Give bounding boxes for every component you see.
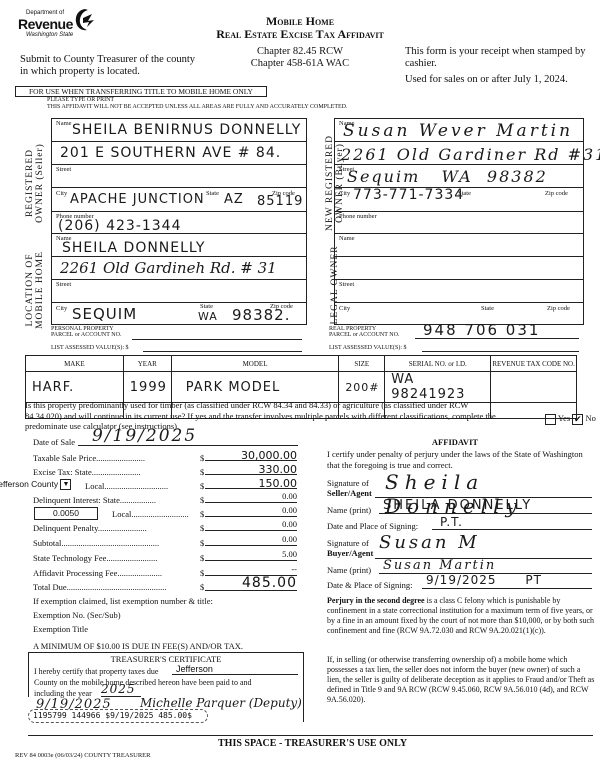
buyer-date-label: Date & Place of Signing:: [327, 580, 412, 590]
treasurer-heading: TREASURER'S CERTIFICATE: [28, 654, 304, 664]
excise-local-field[interactable]: 150.00: [205, 477, 297, 489]
total-due-label: Total Due...............................…: [33, 582, 167, 592]
dor-logo: Department of Revenue Washington State: [18, 8, 98, 40]
receipt-note: This form is your receipt when stamped b…: [405, 46, 595, 70]
chapter-wac: Chapter 458-61A WAC: [220, 58, 380, 70]
seller-address-field[interactable]: 201 E SOUTHERN AVE # 84.: [60, 145, 281, 161]
yes-label: Yes: [558, 413, 570, 423]
real-assessed-label: LIST ASSESSED VALUE(S): $: [329, 345, 407, 351]
treasurer-year-field[interactable]: 2025: [101, 682, 141, 697]
seller-date-field[interactable]: P.T.: [432, 515, 592, 530]
treasurer-county-field[interactable]: Jefferson: [172, 664, 298, 675]
real-parcel-field[interactable]: 948 706 031: [415, 321, 579, 339]
treasurer-signature: Michelle Parquer (Deputy): [140, 696, 302, 710]
treasurer-line2: County on the mobile home described here…: [34, 678, 252, 687]
seller-signature-label: Signature of Seller/Agent: [327, 478, 372, 498]
state-label: State: [200, 303, 213, 310]
col-serial: SERIAL NO. or I.D.: [385, 356, 491, 372]
street-label: Street: [56, 281, 71, 288]
wa-logo-icon: [74, 8, 96, 32]
perjury-notice: Perjury in the second degree is a class …: [327, 596, 595, 636]
chapter-rcw: Chapter 82.45 RCW: [220, 46, 380, 58]
tax-code-field[interactable]: [491, 372, 577, 403]
zip-label: Zip code: [270, 303, 293, 310]
col-make: MAKE: [26, 356, 124, 372]
city-label: City: [56, 305, 67, 312]
buyer-phone-field[interactable]: 773-771-7334: [353, 187, 464, 203]
buyer-city-field[interactable]: Sequim WA 98382: [347, 167, 548, 186]
name-label: Name: [339, 235, 355, 242]
col-model: MODEL: [171, 356, 339, 372]
seller-date-label: Date and Place of Signing:: [327, 521, 418, 531]
seller-name-print-field[interactable]: SHEILA DONNELLY: [379, 498, 592, 514]
no-checkbox[interactable]: ✔: [572, 414, 583, 425]
please-type-note: PLEASE TYPE OR PRINT: [47, 97, 114, 103]
delinquent-interest-local-label: Local...........................: [112, 509, 189, 519]
location-city-field[interactable]: SEQUIM: [72, 305, 137, 323]
zip-label: Zip code: [272, 190, 295, 197]
real-assessed-input[interactable]: [422, 351, 579, 352]
city-label: City: [56, 190, 67, 197]
submit-note: Submit to County Treasurer of the county…: [20, 54, 200, 78]
state-label: State: [481, 305, 494, 312]
serial-field[interactable]: WA 98241923: [385, 372, 491, 403]
dropdown-arrow-icon[interactable]: ▼: [60, 479, 71, 490]
buyer-box: Name Susan Wever Martin 2261 Old Gardine…: [334, 118, 584, 234]
seller-label-2: OWNER (Seller): [35, 133, 45, 233]
buyer-name-print-field[interactable]: Susan Martin: [379, 558, 592, 574]
no-label: No: [585, 413, 595, 423]
location-state-field[interactable]: WA: [198, 310, 218, 323]
location-label-2: MOBILE HOME: [35, 240, 45, 340]
state-label: State: [458, 190, 471, 197]
table-header-row: MAKE YEAR MODEL SIZE SERIAL NO. or I.D. …: [26, 356, 577, 372]
subtotal-field[interactable]: 0.00: [205, 534, 297, 546]
cert-right-border: [303, 652, 304, 722]
location-box: Name SHEILA DONNELLY 2261 Old Gardineh R…: [51, 233, 307, 325]
county-select-value: Jefferson County: [0, 479, 58, 489]
processing-fee-label: Affidavit Processing Fee................…: [33, 568, 162, 578]
col-tax-code: REVENUE TAX CODE NO.: [491, 356, 577, 372]
county-select[interactable]: Jefferson County ▼: [0, 479, 71, 490]
seller-state-field[interactable]: AZ: [224, 192, 244, 207]
not-accepted-note: THIS AFFIDAVIT WILL NOT BE ACCEPTED UNLE…: [47, 104, 348, 110]
city-label: City: [339, 305, 350, 312]
for-use-banner: FOR USE WHEN TRANSFERRING TITLE TO MOBIL…: [15, 86, 267, 97]
tech-fee-label: State Technology Fee....................…: [33, 553, 157, 563]
buyer-date-field[interactable]: 9/19/2025 PT: [422, 573, 592, 589]
exemption-intro: If exemption claimed, list exemption num…: [33, 596, 213, 606]
phone-label: Phone number: [339, 213, 377, 220]
excise-state-label: Excise Tax: State.......................: [33, 467, 141, 477]
buyer-signature-label: Signature of Buyer/Agent: [327, 538, 373, 558]
col-year: YEAR: [123, 356, 171, 372]
total-due-field[interactable]: 485.00: [205, 575, 297, 591]
real-parcel-label: PARCEL or ACCOUNT NO.: [329, 332, 399, 338]
seller-box: Name SHEILA BENIRNUS DONNELLY 201 E SOUT…: [51, 118, 307, 234]
location-section-label: LOCATION OF MOBILE HOME: [18, 240, 52, 340]
seller-city-field[interactable]: APACHE JUNCTION: [70, 192, 205, 207]
street-label: Street: [56, 166, 71, 173]
seller-section-label: REGISTERED OWNER (Seller): [18, 128, 52, 228]
seller-label-1: REGISTERED: [25, 133, 35, 233]
size-field[interactable]: 200#: [339, 372, 385, 403]
subtotal-label: Subtotal................................…: [33, 538, 159, 548]
location-name-field[interactable]: SHEILA DONNELLY: [62, 240, 205, 256]
table-row: HARF. 1999 PARK MODEL 200# WA 98241923: [26, 372, 577, 403]
seller-signature-field[interactable]: Sheila Donnelly: [375, 470, 592, 498]
legal-owner-box: Name Street City State Zip code: [334, 233, 584, 325]
seller-phone-field[interactable]: (206) 423-1344: [58, 218, 182, 234]
city-label: City: [339, 190, 350, 197]
logo-revenue: Revenue: [18, 16, 73, 32]
treasurer-use-only: THIS SPACE - TREASURER'S USE ONLY: [218, 738, 407, 749]
tech-fee-field[interactable]: 5.00: [205, 549, 297, 561]
taxable-price-label: Taxable Sale Price......................…: [33, 453, 145, 463]
delinquent-penalty-field[interactable]: 0.00: [205, 519, 297, 531]
exemption-no-label: Exemption No. (Sec/Sub): [33, 610, 121, 620]
buyer-address-field[interactable]: 2261 Old Gardiner Rd #31: [341, 145, 600, 164]
date-of-sale-field[interactable]: 9/19/2025: [78, 426, 298, 446]
form-code: REV 84 0003e (06/03/24) COUNTY TREASURER: [15, 752, 150, 759]
timber-answer: Yes ✔ No: [545, 413, 596, 425]
treasurer-line1: I hereby certify that property taxes due: [34, 667, 158, 676]
used-for-note: Used for sales on or after July 1, 2024.: [405, 74, 568, 85]
buyer-signature-field[interactable]: Susan M: [375, 532, 592, 559]
logo-state: Washington State: [26, 32, 73, 38]
delinquent-interest-local-field[interactable]: 0.00: [205, 505, 297, 517]
date-of-sale-label: Date of Sale: [33, 437, 75, 447]
personal-parcel-label: PARCEL or ACCOUNT NO.: [51, 332, 121, 338]
affidavit-heading: AFFIDAVIT: [310, 437, 600, 447]
treasurer-use-divider: [28, 735, 593, 736]
exemption-title-label: Exemption Title: [33, 624, 88, 634]
seller-name-field[interactable]: SHEILA BENIRNUS DONNELLY: [72, 122, 301, 138]
buyer-name-print-label: Name (print): [327, 565, 371, 575]
make-field[interactable]: HARF.: [26, 372, 124, 403]
minimum-due-note: A MINIMUM OF $10.00 IS DUE IN FEE(S) AND…: [33, 641, 243, 651]
personal-assessed-label: LIST ASSESSED VALUE(S): $: [51, 345, 129, 351]
personal-assessed-input[interactable]: [143, 351, 302, 352]
payment-stamp: 1195799 144966 $9/19/2025 485.00$: [28, 709, 208, 723]
delinquent-interest-state-label: Delinquent Interest: State..............…: [33, 495, 156, 505]
street-label: Street: [339, 281, 354, 288]
zip-label: Zip code: [547, 305, 570, 312]
zip-label: Zip code: [545, 190, 568, 197]
taxable-price-field[interactable]: 30,000.00: [205, 449, 297, 461]
model-field[interactable]: PARK MODEL: [171, 372, 339, 403]
delinquent-interest-state-field[interactable]: 0.00: [205, 491, 297, 503]
yes-checkbox[interactable]: [545, 414, 556, 425]
location-address-field[interactable]: 2261 Old Gardineh Rd. # 31: [60, 259, 277, 277]
location-label-1: LOCATION OF: [25, 240, 35, 340]
seller-name-print-label: Name (print): [327, 505, 371, 515]
lien-notice: If, in selling (or otherwise transferrin…: [327, 655, 595, 705]
col-size: SIZE: [339, 356, 385, 372]
excise-local-label: Local..............................: [85, 481, 168, 491]
delinquent-penalty-label: Delinquent Penalty......................…: [33, 523, 147, 533]
year-field[interactable]: 1999: [123, 372, 171, 403]
buyer-name-field[interactable]: Susan Wever Martin: [343, 121, 573, 141]
state-label: State: [206, 190, 219, 197]
affidavit-certify: I certify under penalty of perjury under…: [327, 449, 597, 470]
excise-state-field[interactable]: 330.00: [205, 463, 297, 475]
personal-parcel-input[interactable]: [132, 339, 302, 340]
chapters: Chapter 82.45 RCW Chapter 458-61A WAC: [220, 46, 380, 70]
form-title-line2: Real Estate Excise Tax Affidavit: [190, 27, 410, 42]
local-rate-field[interactable]: 0.0050: [34, 507, 98, 520]
name-label: Name: [56, 120, 72, 127]
